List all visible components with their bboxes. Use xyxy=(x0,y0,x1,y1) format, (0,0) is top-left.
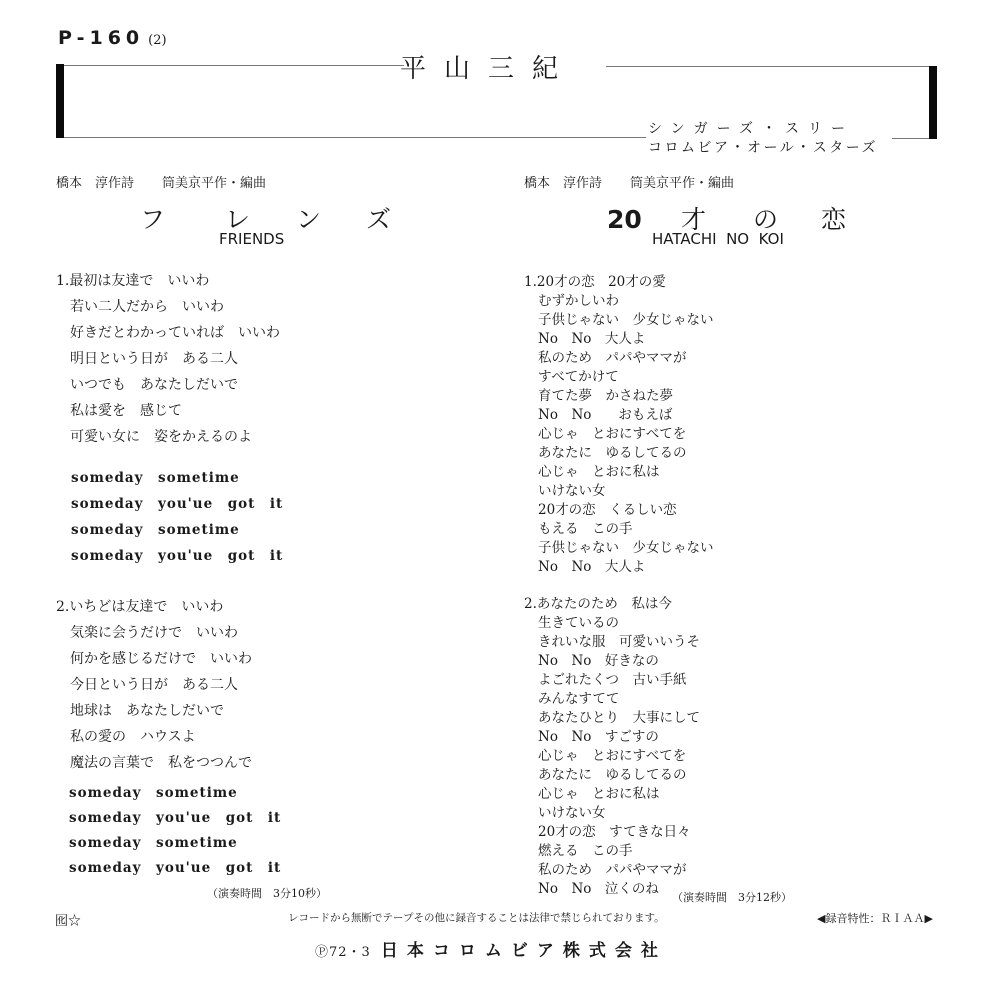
lyric-line: No No 好きなの xyxy=(524,652,700,671)
song1-title-en: FRIENDS xyxy=(219,230,284,248)
backing-orchestra: コロムビア・オール・スターズ xyxy=(648,139,878,158)
song2-verse2: 2.あなたのため 私は今 生きているの きれいな服 可愛いいうそ No No 好… xyxy=(524,595,700,899)
record-company: Ⓟ72・3日本コロムビア株式会社 xyxy=(315,936,667,961)
recording-characteristic: ◀録音特性：ＲＩＡＡ▶ xyxy=(817,910,933,926)
title-char: ン xyxy=(296,200,366,236)
backing-credits: シンガーズ・スリー コロムビア・オール・スターズ xyxy=(648,120,878,158)
title-char: 恋 xyxy=(821,200,846,236)
song1-verse1: 1.最初は友達で いいわ 若い二人だから いいわ 好きだとわかっていれば いいわ… xyxy=(56,268,280,450)
chorus-line: someday you'ue got it xyxy=(69,806,281,831)
lyric-line: 地球は あなたしだいで xyxy=(56,698,252,724)
lyric-line: 燃える この手 xyxy=(524,842,700,861)
song2-credits: 橋本 淳作詩筒美京平作・編曲 xyxy=(524,172,762,191)
label-mark: 囮☆ xyxy=(55,910,81,929)
title-char: フ xyxy=(140,200,225,236)
catalog-code: P-160 xyxy=(58,27,144,49)
top-rule-right xyxy=(606,66,930,67)
song2-verse1: 1.20才の恋 20才の愛 むずかしいわ 子供じゃない 少女じゃない No No… xyxy=(524,273,714,577)
lyric-line: すべてかけて xyxy=(524,368,714,387)
artist-name: 平山三紀 xyxy=(400,48,610,85)
lyric-line: 可愛い女に 姿をかえるのよ xyxy=(56,424,280,450)
song2-playing-time: （演奏時間 3分12秒） xyxy=(672,889,792,905)
lyric-line: 子供じゃない 少女じゃない xyxy=(524,311,714,330)
lyric-line: 子供じゃない 少女じゃない xyxy=(524,539,714,558)
lyric-line: きれいな服 可愛いいうそ xyxy=(524,633,700,652)
phonogram-mark: Ⓟ72・3 xyxy=(315,945,371,960)
lyric-line: 20才の恋 すてきな日々 xyxy=(524,823,700,842)
lyric-line: 20才の恋 くるしい恋 xyxy=(524,501,714,520)
lyric-line: 若い二人だから いいわ xyxy=(56,294,280,320)
lyric-line: 心じゃ とおに私は xyxy=(524,785,700,804)
lyric-line: 私のため パパやママが xyxy=(524,861,700,880)
lyric-line: もえる この手 xyxy=(524,520,714,539)
lyric-line: 育てた夢 かさねた夢 xyxy=(524,387,714,406)
lyric-line: No No すごすの xyxy=(524,728,700,747)
catalog-number: P-160(2) xyxy=(58,27,167,49)
song2-composer: 筒美京平作・編曲 xyxy=(630,176,734,191)
chorus-line: someday sometime xyxy=(69,781,281,806)
lyric-line: 魔法の言葉で 私をつつんで xyxy=(56,750,252,776)
backing-singers: シンガーズ・スリー xyxy=(648,120,878,139)
chorus-line: someday sometime xyxy=(69,831,281,856)
chorus-line: someday you'ue got it xyxy=(71,491,283,517)
lyric-line: 今日という日が ある二人 xyxy=(56,672,252,698)
lyric-line: 私のため パパやママが xyxy=(524,349,714,368)
song1-credits: 橋本 淳作詩筒美京平作・編曲 xyxy=(56,172,294,191)
lyric-line: No No 大人よ xyxy=(524,558,714,577)
lyric-line: No No 大人よ xyxy=(524,330,714,349)
chorus-line: someday you'ue got it xyxy=(69,856,281,881)
lyric-line: いけない女 xyxy=(524,804,700,823)
title-char: ズ xyxy=(366,200,391,236)
lyric-line: あなたに ゆるしてるの xyxy=(524,444,714,463)
song2-title-en: HATACHI NO KOI xyxy=(652,230,784,248)
lyric-line: いけない女 xyxy=(524,482,714,501)
lyric-line: 私は愛を 感じて xyxy=(56,398,280,424)
song1-chorus2: someday sometime someday you'ue got it s… xyxy=(69,781,281,881)
song1-playing-time: （演奏時間 3分10秒） xyxy=(207,885,327,901)
song1-lyricist: 橋本 淳作詩 xyxy=(56,176,134,191)
lyric-line: 好きだとわかっていれば いいわ xyxy=(56,320,280,346)
side-number: (2) xyxy=(148,33,166,48)
lyric-line: いちどは友達で いいわ xyxy=(69,599,223,615)
lyric-line: 最初は友達で いいわ xyxy=(69,273,209,289)
bottom-rule-left xyxy=(64,137,646,138)
lyric-line: よごれたくつ 古い手紙 xyxy=(524,671,700,690)
verse-number: 2. xyxy=(524,596,537,612)
verse-number: 1. xyxy=(524,274,537,290)
chorus-line: someday you'ue got it xyxy=(71,543,283,569)
right-bracket-bar xyxy=(929,66,937,139)
lyric-line: 心じゃ とおに私は xyxy=(524,463,714,482)
lyric-line: 生きているの xyxy=(524,614,700,633)
song2-lyricist: 橋本 淳作詩 xyxy=(524,176,602,191)
lyric-line: みんなすてて xyxy=(524,690,700,709)
lyric-line: あなたに ゆるしてるの xyxy=(524,766,700,785)
song1-verse2: 2.いちどは友達で いいわ 気楽に会うだけで いいわ 何かを感じるだけで いいわ… xyxy=(56,594,252,776)
song1-composer: 筒美京平作・編曲 xyxy=(162,176,266,191)
lyric-line: いつでも あなたしだいで xyxy=(56,372,280,398)
top-rule-left xyxy=(64,65,404,66)
song1-chorus1: someday sometime someday you'ue got it s… xyxy=(71,465,283,569)
verse-number: 1. xyxy=(56,273,69,289)
company-name: 日本コロムビア株式会社 xyxy=(381,941,667,961)
lyric-line: 明日という日が ある二人 xyxy=(56,346,280,372)
lyric-line: 心じゃ とおにすべてを xyxy=(524,425,714,444)
lyric-line: むずかしいわ xyxy=(524,292,714,311)
lyric-line: あなたひとり 大事にして xyxy=(524,709,700,728)
lyric-line: 20才の恋 20才の愛 xyxy=(537,274,666,290)
lyric-line: 私の愛の ハウスよ xyxy=(56,724,252,750)
copyright-notice: レコードから無断でテープその他に録音することは法律で禁じられております。 xyxy=(288,910,665,925)
lyric-line: No No おもえば xyxy=(524,406,714,425)
left-bracket-bar xyxy=(56,64,64,138)
chorus-line: someday sometime xyxy=(71,517,283,543)
bottom-rule-right xyxy=(892,138,930,139)
chorus-line: someday sometime xyxy=(71,465,283,491)
lyric-line: 何かを感じるだけで いいわ xyxy=(56,646,252,672)
lyric-line: 心じゃ とおにすべてを xyxy=(524,747,700,766)
lyric-line: あなたのため 私は今 xyxy=(537,596,672,612)
verse-number: 2. xyxy=(56,599,69,615)
lyric-line: 気楽に会うだけで いいわ xyxy=(56,620,252,646)
